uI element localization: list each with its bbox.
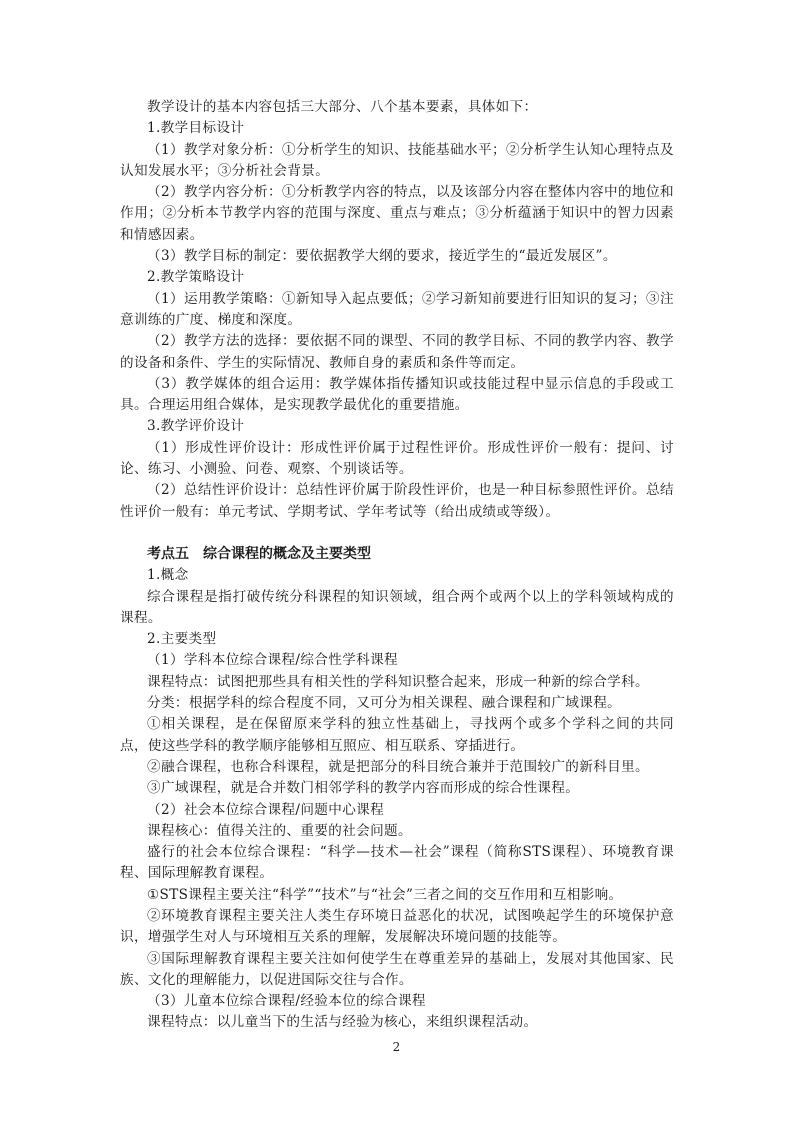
paragraph: ③国际理解教育课程主要关注如何使学生在尊重差异的基础上，发展对其他国家、民族、文… xyxy=(120,949,674,992)
paragraph: 盛行的社会本位综合课程：“科学—技术—社会”课程（简称STS课程）、环境教育课程… xyxy=(120,842,674,885)
paragraph: （3）教学目标的制定：要依据教学大纲的要求，接近学生的“最近发展区”。 xyxy=(120,246,674,267)
paragraph: （1）教学对象分析：①分析学生的知识、技能基础水平；②分析学生认知心理特点及认知… xyxy=(120,140,674,183)
paragraph: （3）儿童本位综合课程/经验本位的综合课程 xyxy=(120,991,674,1012)
paragraph: 课程特点：以儿童当下的生活与经验为核心，来组织课程活动。 xyxy=(120,1012,674,1033)
paragraph: （3）教学媒体的组合运用：教学媒体指传播知识或技能过程中显示信息的手段或工具。合… xyxy=(120,374,674,417)
page-number: 2 xyxy=(0,1040,793,1054)
paragraph: ②融合课程，也称合科课程，就是把部分的科目统合兼并于范围较广的新科目里。 xyxy=(120,757,674,778)
paragraph: 分类：根据学科的综合程度不同，又可分为相关课程、融合课程和广域课程。 xyxy=(120,693,674,714)
paragraph: ③广域课程，就是合并数门相邻学科的教学内容而形成的综合性课程。 xyxy=(120,778,674,799)
paragraph: 教学设计的基本内容包括三大部分、八个基本要素，具体如下： xyxy=(120,97,674,118)
paragraph: （2）总结性评价设计：总结性评价属于阶段性评价，也是一种目标参照性评价。总结性评… xyxy=(120,480,674,523)
document-page: 教学设计的基本内容包括三大部分、八个基本要素，具体如下： 1.教学目标设计 （1… xyxy=(120,97,674,1034)
paragraph: 综合课程是指打破传统分科课程的知识领域，组合两个或两个以上的学科领域构成的课程。 xyxy=(120,587,674,630)
paragraph: ①相关课程，是在保留原来学科的独立性基础上，寻找两个或多个学科之间的共同点，使这… xyxy=(120,714,674,757)
subheading-evaluation-design: 3.教学评价设计 xyxy=(120,416,674,437)
paragraph: 课程核心：值得关注的、重要的社会问题。 xyxy=(120,821,674,842)
paragraph: （2）社会本位综合课程/问题中心课程 xyxy=(120,800,674,821)
section-teaching-design: 教学设计的基本内容包括三大部分、八个基本要素，具体如下： 1.教学目标设计 （1… xyxy=(120,97,674,523)
subheading-objective-design: 1.教学目标设计 xyxy=(120,118,674,139)
section-heading: 考点五 综合课程的概念及主要类型 xyxy=(120,544,674,565)
paragraph: ②环境教育课程主要关注人类生存环境日益恶化的状况，试图唤起学生的环境保护意识，增… xyxy=(120,906,674,949)
paragraph: （2）教学内容分析：①分析教学内容的特点，以及该部分内容在整体内容中的地位和作用… xyxy=(120,182,674,246)
paragraph: ①STS课程主要关注“科学”“技术”与“社会”三者之间的交互作用和互相影响。 xyxy=(120,885,674,906)
paragraph: 课程特点：试图把那些具有相关性的学科知识整合起来，形成一种新的综合学科。 xyxy=(120,672,674,693)
section-integrated-curriculum: 1.概念 综合课程是指打破传统分科课程的知识领域，组合两个或两个以上的学科领域构… xyxy=(120,565,674,1034)
paragraph: （1）形成性评价设计：形成性评价属于过程性评价。形成性评价一般有：提问、讨论、练… xyxy=(120,438,674,481)
paragraph: （2）教学方法的选择：要依据不同的课型、不同的教学目标、不同的教学内容、教学的设… xyxy=(120,331,674,374)
paragraph: （1）运用教学策略：①新知导入起点要低；②学习新知前要进行旧知识的复习；③注意训… xyxy=(120,289,674,332)
paragraph: （1）学科本位综合课程/综合性学科课程 xyxy=(120,650,674,671)
subheading-main-types: 2.主要类型 xyxy=(120,629,674,650)
subheading-concept: 1.概念 xyxy=(120,565,674,586)
subheading-strategy-design: 2.教学策略设计 xyxy=(120,267,674,288)
